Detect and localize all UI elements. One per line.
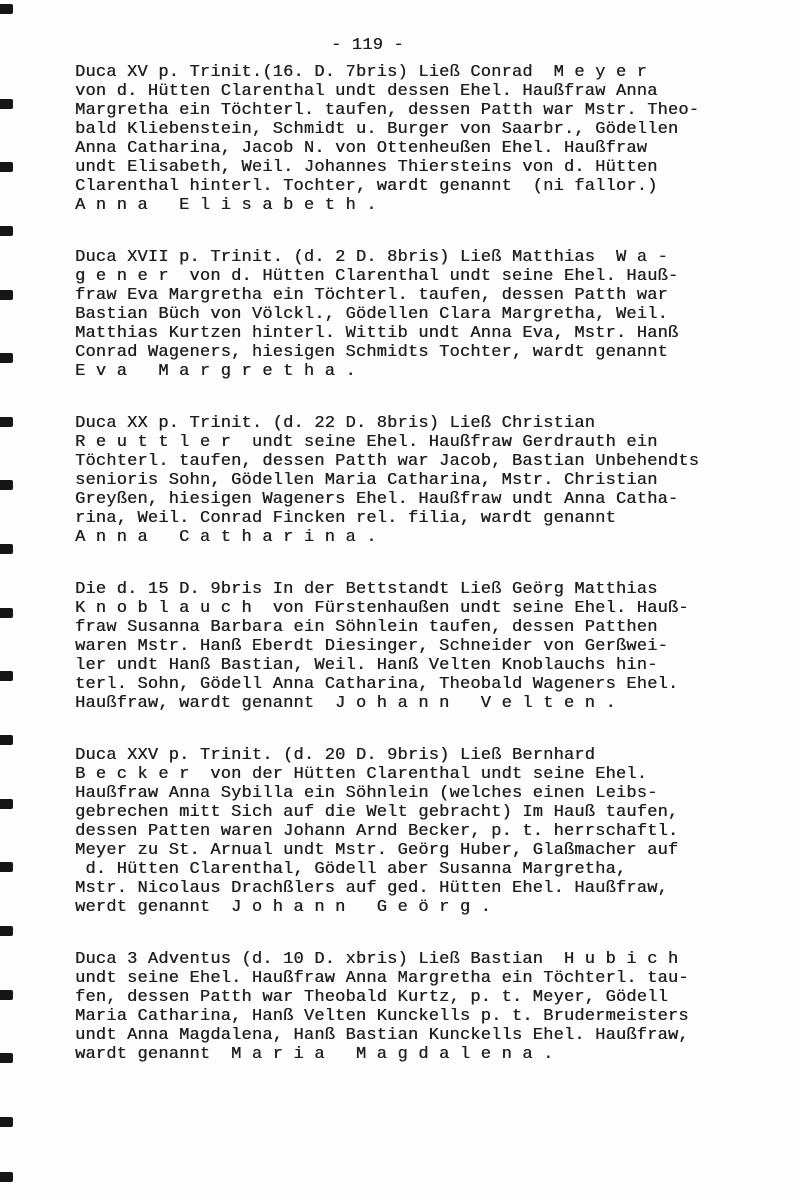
text-line: Conrad Wageners, hiesigen Schmidts Tocht… — [75, 343, 740, 362]
text-line: Töchterl. taufen, dessen Patth war Jacob… — [75, 452, 740, 471]
page-number: - 119 - — [331, 36, 740, 55]
text-line: fen, dessen Patth war Theobald Kurtz, p.… — [75, 988, 740, 1007]
text-line: Duca XX p. Trinit. (d. 22 D. 8bris) Ließ… — [75, 414, 740, 433]
text-line: gebrechen mitt Sich auf die Welt gebrach… — [75, 803, 740, 822]
scan-edge-mark — [0, 799, 13, 809]
scan-edge-mark — [0, 226, 13, 236]
text-line: Die d. 15 D. 9bris In der Bettstandt Lie… — [75, 580, 740, 599]
paragraph: Duca 3 Adventus (d. 10 D. xbris) Ließ Ba… — [75, 950, 740, 1064]
text-line: Duca XXV p. Trinit. (d. 20 D. 9bris) Lie… — [75, 746, 740, 765]
text-line: rina, Weil. Conrad Fincken rel. filia, w… — [75, 509, 740, 528]
scan-edge-mark — [0, 990, 13, 1000]
scan-edge-mark — [0, 671, 13, 681]
text-line: g e n e r von d. Hütten Clarenthal undt … — [75, 267, 740, 286]
text-line: d. Hütten Clarenthal, Gödell aber Susann… — [75, 860, 740, 879]
scan-edge-mark — [0, 162, 13, 172]
text-line: Haußfraw Anna Sybilla ein Söhnlein (welc… — [75, 784, 740, 803]
text-line: werdt genannt J o h a n n G e ö r g . — [75, 898, 740, 917]
text-line: A n n a C a t h a r i n a . — [75, 528, 740, 547]
scan-edge-mark — [0, 4, 13, 14]
text-line: E v a M a r g r e t h a . — [75, 362, 740, 381]
paragraph: Duca XX p. Trinit. (d. 22 D. 8bris) Ließ… — [75, 414, 740, 547]
text-line: fraw Susanna Barbara ein Söhnlein taufen… — [75, 618, 740, 637]
scan-edge-mark — [0, 1117, 13, 1127]
scan-edge-mark — [0, 862, 13, 872]
text-line: wardt genannt M a r i a M a g d a l e n … — [75, 1045, 740, 1064]
scan-edge-mark — [0, 1172, 13, 1182]
text-line: Duca XV p. Trinit.(16. D. 7bris) Ließ Co… — [75, 63, 740, 82]
text-line: senioris Sohn, Gödellen Maria Catharina,… — [75, 471, 740, 490]
text-line: Clarenthal hinterl. Tochter, wardt genan… — [75, 177, 740, 196]
scan-edge-mark — [0, 608, 13, 618]
scan-edge-mark — [0, 290, 13, 300]
text-line: terl. Sohn, Gödell Anna Catharina, Theob… — [75, 675, 740, 694]
text-line: Haußfraw, wardt genannt J o h a n n V e … — [75, 694, 740, 713]
text-line: Duca XVII p. Trinit. (d. 2 D. 8bris) Lie… — [75, 248, 740, 267]
text-line: fraw Eva Margretha ein Töchterl. taufen,… — [75, 286, 740, 305]
text-line: A n n a E l i s a b e t h . — [75, 196, 740, 215]
text-line: B e c k e r von der Hütten Clarenthal un… — [75, 765, 740, 784]
text-line: undt Elisabeth, Weil. Johannes Thierstei… — [75, 158, 740, 177]
text-line: von d. Hütten Clarenthal undt dessen Ehe… — [75, 82, 740, 101]
paragraph: Duca XV p. Trinit.(16. D. 7bris) Ließ Co… — [75, 63, 740, 215]
text-line: waren Mstr. Hanß Eberdt Diesinger, Schne… — [75, 637, 740, 656]
text-line: undt Anna Magdalena, Hanß Bastian Kuncke… — [75, 1026, 740, 1045]
scan-edge-mark — [0, 417, 13, 427]
scan-edge-mark — [0, 1053, 13, 1063]
text-line: undt seine Ehel. Haußfraw Anna Margretha… — [75, 969, 740, 988]
text-line: Matthias Kurtzen hinterl. Wittib undt An… — [75, 324, 740, 343]
text-line: R e u t t l e r undt seine Ehel. Haußfra… — [75, 433, 740, 452]
text-line: Duca 3 Adventus (d. 10 D. xbris) Ließ Ba… — [75, 950, 740, 969]
scanned-document-page: - 119 - Duca XV p. Trinit.(16. D. 7bris)… — [0, 0, 800, 1200]
text-line: Greyßen, hiesigen Wageners Ehel. Haußfra… — [75, 490, 740, 509]
text-line: Anna Catharina, Jacob N. von Ottenheußen… — [75, 139, 740, 158]
page-body: - 119 - Duca XV p. Trinit.(16. D. 7bris)… — [75, 36, 740, 1097]
scan-edge-mark — [0, 735, 13, 745]
paragraph: Duca XXV p. Trinit. (d. 20 D. 9bris) Lie… — [75, 746, 740, 917]
text-line: Bastian Büch von Völckl., Gödellen Clara… — [75, 305, 740, 324]
paragraph: Duca XVII p. Trinit. (d. 2 D. 8bris) Lie… — [75, 248, 740, 381]
scan-edge-mark — [0, 480, 13, 490]
scan-edge-mark — [0, 99, 13, 109]
text-line: Maria Catharina, Hanß Velten Kunckells p… — [75, 1007, 740, 1026]
scan-edge-mark — [0, 544, 13, 554]
paragraph: Die d. 15 D. 9bris In der Bettstandt Lie… — [75, 580, 740, 713]
text-line: Margretha ein Töchterl. taufen, dessen P… — [75, 101, 740, 120]
text-line: bald Kliebenstein, Schmidt u. Burger von… — [75, 120, 740, 139]
text-line: Mstr. Nicolaus Drachßlers auf ged. Hütte… — [75, 879, 740, 898]
text-line: K n o b l a u c h von Fürstenhaußen undt… — [75, 599, 740, 618]
text-line: ler undt Hanß Bastian, Weil. Hanß Velten… — [75, 656, 740, 675]
scan-edge-mark — [0, 926, 13, 936]
text-line: dessen Patten waren Johann Arnd Becker, … — [75, 822, 740, 841]
text-line: Meyer zu St. Arnual undt Mstr. Geörg Hub… — [75, 841, 740, 860]
scan-edge-mark — [0, 353, 13, 363]
